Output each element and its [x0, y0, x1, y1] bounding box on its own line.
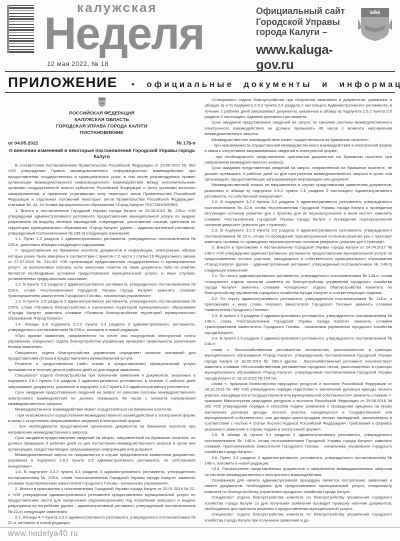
paragraph: Срок ожидания представления сведений на …	[205, 165, 393, 182]
site-note-line: Официальный сайт	[256, 6, 356, 17]
column-left: РОССИЙСКАЯ ФЕДЕРАЦИЯ КАЛУЖСКАЯ ОБЛАСТЬ Г…	[8, 97, 196, 527]
section-title: ПРИЛОЖЕНИЕ	[8, 74, 118, 90]
paragraph: 2. Внести в приложение к постановлению Г…	[8, 486, 196, 514]
document-emblem	[8, 97, 196, 109]
paragraph: - при необходимости представления оригин…	[8, 424, 196, 435]
paragraph: 1.2. В пункте 2.3 раздела 2 администрати…	[8, 282, 196, 299]
official-site-note: Официальный сайт Городской Управы города…	[256, 6, 356, 72]
paragraph: - при невозможности осуществления межвед…	[8, 412, 196, 423]
paragraph: Межведомственный запрос не направляется …	[8, 452, 196, 469]
section-subtitle: • официальные документы и информация •	[132, 79, 400, 89]
paragraph: 3.1. По тексту административного регламе…	[205, 273, 393, 296]
paragraph: 1.4. Абзацы 3-6 подпункта 3.3.2 пункта 3…	[8, 321, 196, 332]
paragraph: 2.1. Абзацы 4-7 пункта 3.2.2 администрат…	[8, 515, 196, 526]
paragraph: Специалист отдела благоустройства при по…	[8, 373, 196, 390]
paragraph: Решение о предоставлении (либо отказе в …	[8, 361, 196, 372]
document-body: РОССИЙСКАЯ ФЕДЕРАЦИЯ КАЛУЖСКАЯ ОБЛАСТЬ Г…	[0, 95, 400, 527]
right-paragraphs: «Специалист отдела благоустройства при п…	[205, 97, 393, 523]
paragraph: 3.3. В пункте 2.3 раздела 2 администрати…	[205, 313, 393, 336]
paragraph: В соответствии постановлением Правительс…	[8, 162, 196, 207]
paragraph: 1.1. Пункт 2.2 раздела 2 административно…	[8, 236, 196, 247]
paragraph: Специалист отдела благоустройства комите…	[205, 512, 393, 523]
newspaper-logo: калужская Неделя	[44, 1, 204, 56]
paragraph: Специалист отдела благоустройства управл…	[8, 350, 196, 361]
site-note-line: Городской Управы	[256, 17, 356, 28]
column-right: «Специалист отдела благоустройства при п…	[205, 97, 393, 527]
section-bar: ПРИЛОЖЕНИЕ • официальные документы и инф…	[8, 74, 395, 90]
paragraph: слова «- приказом Министерства природных…	[205, 381, 393, 432]
paragraph: Межведомственный запрос не направляется …	[205, 182, 393, 199]
paragraph: Срок ожидания предоставления сведений на…	[8, 435, 196, 452]
paragraph: Срок ожидания предоставления сведений на…	[8, 390, 196, 407]
paragraph: - при невозможности осуществления межвед…	[205, 142, 393, 153]
city-site-url: www.kaluga-gov.ru	[256, 42, 356, 73]
paragraph: 2.3. В подпункте 3.2.3 пункта 3.2 раздел…	[205, 228, 393, 245]
paragraph: 3.5. В абзаце в) пункта 3.1 раздела 3 ад…	[205, 432, 393, 455]
footer-divider	[0, 527, 400, 528]
paragraph: 1.5. В подпункте 3.3.3 пункта 3.3 раздел…	[8, 469, 196, 486]
paragraph: 3. Внести в приложение к постановлению Г…	[205, 245, 393, 273]
newspaper-page: калужская Неделя 12 мая 2022, № 18 Офици…	[0, 0, 400, 541]
date-number-row: от 04.05.2022 № 178-п	[8, 140, 196, 147]
left-paragraphs: В соответствии постановлением Правительс…	[8, 162, 196, 526]
paragraph: «3.3. Рассмотрение представленных докуме…	[205, 466, 393, 477]
logo-word-nedelya: Неделя	[44, 11, 204, 56]
paragraph: «Специалист отдела благоустройства при п…	[205, 97, 393, 120]
section-divider	[5, 92, 395, 93]
paragraph: Межведомственное взаимодействие может ос…	[8, 407, 196, 413]
paragraph: «- предоставления на бумажном носителе д…	[8, 248, 196, 282]
paragraph: Срок ожидания представления сведений на …	[205, 120, 393, 137]
paragraph: 1. Внести в постановление Городской Упра…	[8, 208, 196, 236]
document-title: О внесении изменений в некоторые постано…	[8, 148, 196, 160]
newspaper-site-url: www.nedelya40.ru	[8, 529, 78, 538]
barcode	[7, 5, 34, 53]
paragraph: - при необходимости представления оригин…	[205, 154, 393, 165]
paragraph: 3.6. Пункт 3.3 раздела 3 административно…	[205, 455, 393, 466]
small-coat-of-arms-icon	[98, 97, 106, 108]
paragraph: 1.3. В пункте 2.5 раздела 2 администрати…	[8, 299, 196, 322]
paragraph: слова «- Лесохозяйственным регламентом л…	[205, 347, 393, 381]
org-line: ПОСТАНОВЛЕНИЕ	[8, 130, 196, 136]
paragraph: «При приеме заявления, направленного по …	[8, 333, 196, 350]
site-note-line: города Калуги –	[256, 27, 356, 38]
document-number: № 178-п	[177, 140, 196, 147]
issue-date: 12 мая 2022, № 18	[47, 61, 109, 68]
kaluga-coat-of-arms-icon	[357, 5, 393, 43]
paragraph: 3.4. В пункте 2.5 раздела 2 администрати…	[205, 336, 393, 347]
paragraph: Основанием для начала административной п…	[205, 478, 393, 495]
paragraph: 3.2. По тексту административного регламе…	[205, 296, 393, 313]
paragraph: 2.2. В подпункте 3.2.2 пункта 3.2 раздел…	[205, 199, 393, 227]
header-divider	[5, 71, 395, 72]
paragraph: Специалист отдела благоустройства комите…	[205, 495, 393, 512]
document-date: от 04.05.2022	[8, 140, 38, 147]
